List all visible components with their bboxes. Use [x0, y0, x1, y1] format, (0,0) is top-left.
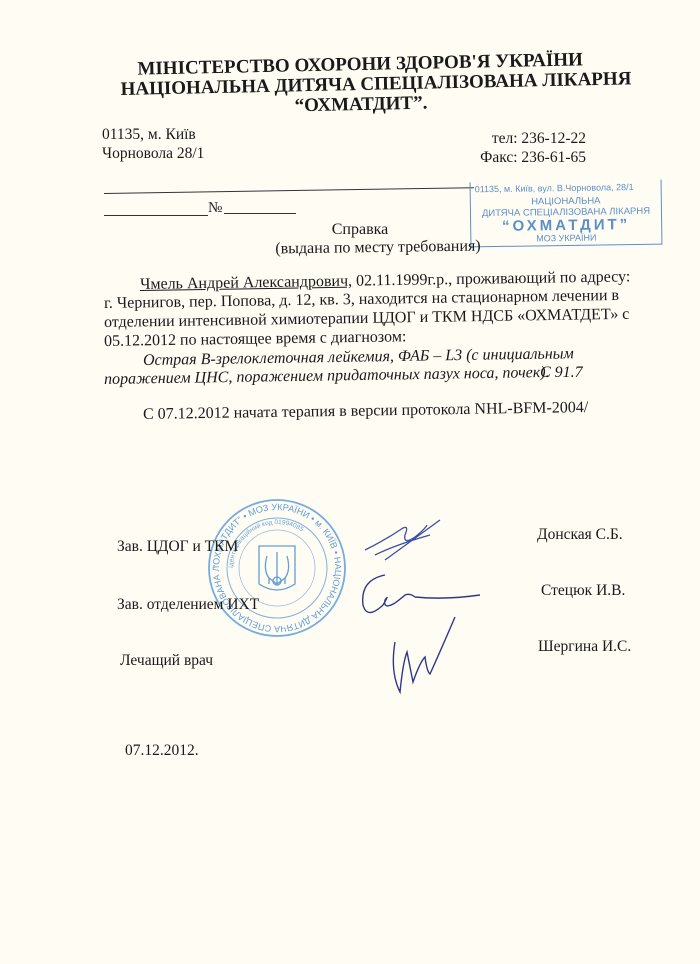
address-block: 01135, м. Київ Чорновола 28/1: [102, 125, 204, 163]
header-divider: [104, 187, 474, 194]
postal-address: 01135, м. Київ: [102, 125, 204, 144]
stamp-line-ministry: МОЗ УКРАЇНИ: [471, 232, 661, 245]
contact-block: тел: 236-12-22 Факс: 236-61-65: [464, 129, 586, 167]
street-address: Чорновола 28/1: [102, 144, 204, 163]
document-date: 07.12.2012.: [125, 742, 199, 760]
document-header: МІНІСТЕРСТВО ОХОРОНИ ЗДОРОВ'Я УКРАЇНИ НА…: [120, 50, 601, 120]
stamp-address: 01135, м. Київ, вул. В.Чорновола, 28/1: [471, 182, 661, 195]
signature-role-head-iht: Зав. отделением ИХТ: [117, 596, 259, 614]
therapy-line: С 07.12.2012 начата терапия в версии про…: [143, 398, 589, 424]
round-hospital-stamp: “ОХМАТДИТ” • МОЗ УКРАЇНИ • м. КИЇВ • НАЦ…: [207, 498, 347, 638]
fax-number: Факс: 236-61-65: [464, 148, 586, 167]
signature-role-attending: Лечащий врач: [120, 652, 213, 670]
number-blank-line: [224, 213, 296, 214]
signature-name-shergina: Шергина И.С.: [538, 638, 631, 656]
icd-code: С 91.7: [540, 363, 583, 382]
date-blank-line: [104, 215, 208, 216]
signature-name-donskaya: Донская С.Б.: [537, 526, 623, 544]
handwritten-signature-3: [385, 612, 465, 702]
number-label: №: [208, 200, 222, 217]
phone-number: тел: 236-12-22: [464, 129, 586, 148]
signature-name-stetsyuk: Стецюк И.В.: [541, 582, 625, 600]
hospital-rect-stamp: 01135, м. Київ, вул. В.Чорновола, 28/1 Н…: [470, 180, 663, 248]
document-title: Справка: [260, 221, 460, 239]
handwritten-signature-1: [355, 515, 455, 565]
signature-role-head-cdog: Зав. ЦДОГ и ТКМ: [117, 538, 238, 556]
document-subtitle: (выдана по месту требования): [268, 237, 488, 258]
trident-icon: [259, 546, 295, 590]
